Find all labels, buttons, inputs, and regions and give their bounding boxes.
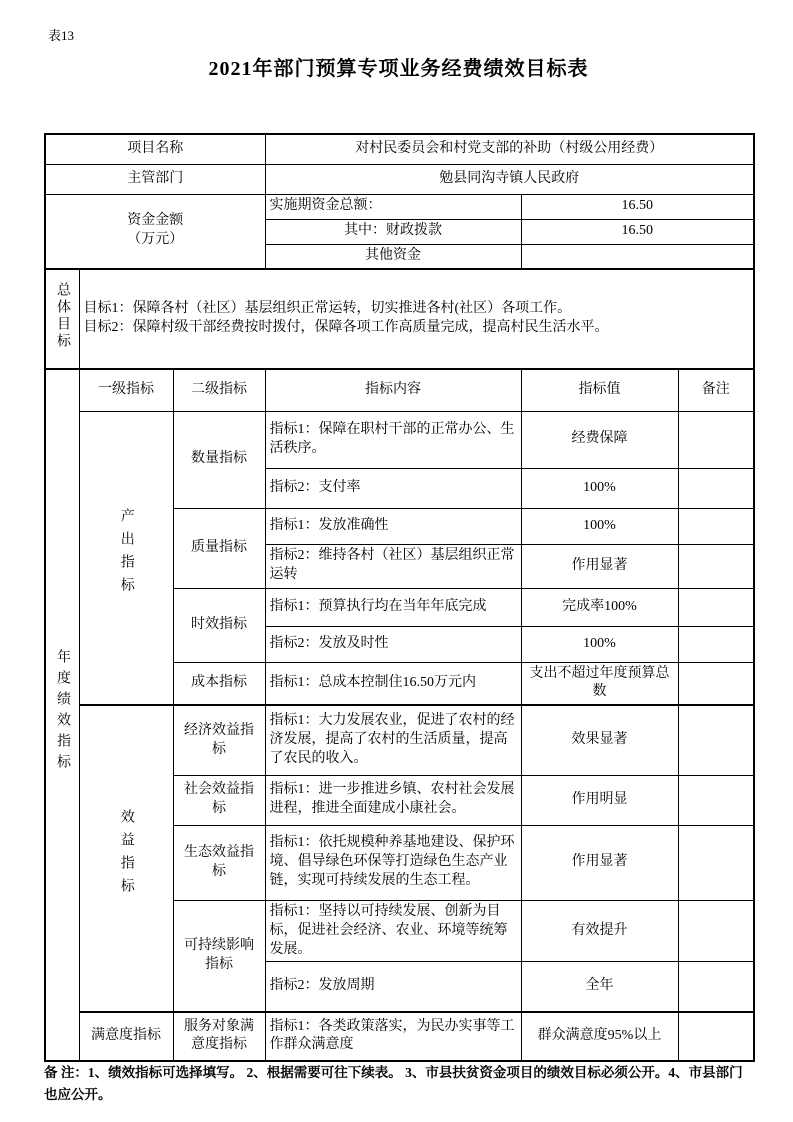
header-value: 指标值 — [521, 369, 678, 411]
indicator-row: 产出指标 数量指标 指标1：保障在职村干部的正常办公、生活秩序。 经费保障 — [45, 411, 754, 468]
fund-fiscal-value: 16.50 — [521, 219, 754, 244]
indicator-value: 经费保障 — [521, 411, 678, 468]
note-cell — [678, 411, 754, 468]
performance-target-table: 项目名称 对村民委员会和村党支部的补助（村级公用经费） 主管部门 勉县同沟寺镇人… — [44, 133, 755, 1062]
indicator-content: 指标1：进一步推进乡镇、农村社会发展进程，推进全面建成小康社会。 — [265, 775, 521, 825]
department-row: 主管部门 勉县同沟寺镇人民政府 — [45, 164, 754, 194]
indicator-row: 满意度指标 服务对象满意度指标 指标1：各类政策落实，为民办实事等工作群众满意度… — [45, 1012, 754, 1061]
indicator-content: 指标2：发放及时性 — [265, 626, 521, 662]
note-cell — [678, 1012, 754, 1061]
overall-goal-label: 总体目标 — [45, 269, 79, 369]
fund-other-label: 其他资金 — [265, 244, 521, 269]
indicator-value: 作用显著 — [521, 825, 678, 900]
level2-social: 社会效益指标 — [173, 775, 265, 825]
note-cell — [678, 508, 754, 544]
level2-sustainability: 可持续影响指标 — [173, 900, 265, 1012]
indicator-content: 指标1：依托规模种养基地建设、保护环境、倡导绿色环保等打造绿色生态产业链，实现可… — [265, 825, 521, 900]
indicator-value: 100% — [521, 468, 678, 508]
level1-benefit: 效益指标 — [79, 705, 173, 1012]
department-value: 勉县同沟寺镇人民政府 — [265, 164, 754, 194]
indicator-content: 指标2：维持各村（社区）基层组织正常运转 — [265, 544, 521, 588]
note-cell — [678, 962, 754, 1012]
form-number: 表13 — [48, 25, 74, 44]
indicator-value: 作用显著 — [521, 544, 678, 588]
overall-goal-row: 总体目标 目标1：保障各村（社区）基层组织正常运转，切实推进各村(社区）各项工作… — [45, 269, 754, 369]
fund-total-row: 资金金额 （万元） 实施期资金总额： 16.50 — [45, 194, 754, 219]
header-content: 指标内容 — [265, 369, 521, 411]
level2-timeliness: 时效指标 — [173, 588, 265, 662]
indicator-content: 指标1：坚持以可持续发展、创新为目标，促进社会经济、农业、环境等统筹发展。 — [265, 900, 521, 962]
indicator-value: 支出不超过年度预算总数 — [521, 662, 678, 705]
indicator-content: 指标1：保障在职村干部的正常办公、生活秩序。 — [265, 411, 521, 468]
indicator-value: 100% — [521, 626, 678, 662]
level2-ecological: 生态效益指标 — [173, 825, 265, 900]
project-name-value: 对村民委员会和村党支部的补助（村级公用经费） — [265, 134, 754, 164]
level2-service-satisfaction: 服务对象满意度指标 — [173, 1012, 265, 1061]
level1-output: 产出指标 — [79, 411, 173, 705]
note-cell — [678, 544, 754, 588]
header-level1: 一级指标 — [79, 369, 173, 411]
note-cell — [678, 588, 754, 626]
level2-economic: 经济效益指标 — [173, 705, 265, 775]
header-note: 备注 — [678, 369, 754, 411]
indicator-content: 指标1：总成本控制住16.50万元内 — [265, 662, 521, 705]
fund-total-label: 实施期资金总额： — [265, 194, 521, 219]
fund-total-value: 16.50 — [521, 194, 754, 219]
fund-fiscal-label: 其中：财政拨款 — [265, 219, 521, 244]
note-cell — [678, 626, 754, 662]
indicator-content: 指标1：大力发展农业，促进了农村的经济发展，提高了农村的生活质量，提高了农民的收… — [265, 705, 521, 775]
indicator-value: 作用明显 — [521, 775, 678, 825]
indicator-content: 指标2：发放周期 — [265, 962, 521, 1012]
indicator-value: 效果显著 — [521, 705, 678, 775]
document-title: 2021年部门预算专项业务经费绩效目标表 — [44, 52, 753, 81]
project-name-label: 项目名称 — [45, 134, 265, 164]
annual-indicators-label: 年度绩效指标 — [45, 369, 79, 1061]
note-cell — [678, 900, 754, 962]
note-cell — [678, 705, 754, 775]
fund-amount-label: 资金金额 （万元） — [45, 194, 265, 269]
note-cell — [678, 468, 754, 508]
fund-other-value — [521, 244, 754, 269]
overall-goal-text: 目标1：保障各村（社区）基层组织正常运转，切实推进各村(社区）各项工作。 目标2… — [79, 269, 754, 369]
indicator-content: 指标1：预算执行均在当年年底完成 — [265, 588, 521, 626]
level2-quality: 质量指标 — [173, 508, 265, 588]
level2-quantity: 数量指标 — [173, 411, 265, 508]
indicator-row: 效益指标 经济效益指标 指标1：大力发展农业，促进了农村的经济发展，提高了农村的… — [45, 705, 754, 775]
note-cell — [678, 825, 754, 900]
indicator-value: 群众满意度95%以上 — [521, 1012, 678, 1061]
indicator-content: 指标2：支付率 — [265, 468, 521, 508]
department-label: 主管部门 — [45, 164, 265, 194]
indicator-content: 指标1：发放准确性 — [265, 508, 521, 544]
indicator-value: 完成率100% — [521, 588, 678, 626]
footer-notes: 备 注：1、绩效指标可选择填写。 2、根据需要可往下续表。 3、市县扶贫资金项目… — [44, 1062, 754, 1105]
indicator-header-row: 年度绩效指标 一级指标 二级指标 指标内容 指标值 备注 — [45, 369, 754, 411]
document-page: 表13 2021年部门预算专项业务经费绩效目标表 项目名称 对村民委员会和村党支… — [0, 0, 793, 1122]
level1-satisfaction: 满意度指标 — [79, 1012, 173, 1061]
note-cell — [678, 662, 754, 705]
indicator-value: 有效提升 — [521, 900, 678, 962]
level2-cost: 成本指标 — [173, 662, 265, 705]
note-cell — [678, 775, 754, 825]
indicator-value: 100% — [521, 508, 678, 544]
indicator-value: 全年 — [521, 962, 678, 1012]
indicator-content: 指标1：各类政策落实，为民办实事等工作群众满意度 — [265, 1012, 521, 1061]
header-level2: 二级指标 — [173, 369, 265, 411]
project-name-row: 项目名称 对村民委员会和村党支部的补助（村级公用经费） — [45, 134, 754, 164]
